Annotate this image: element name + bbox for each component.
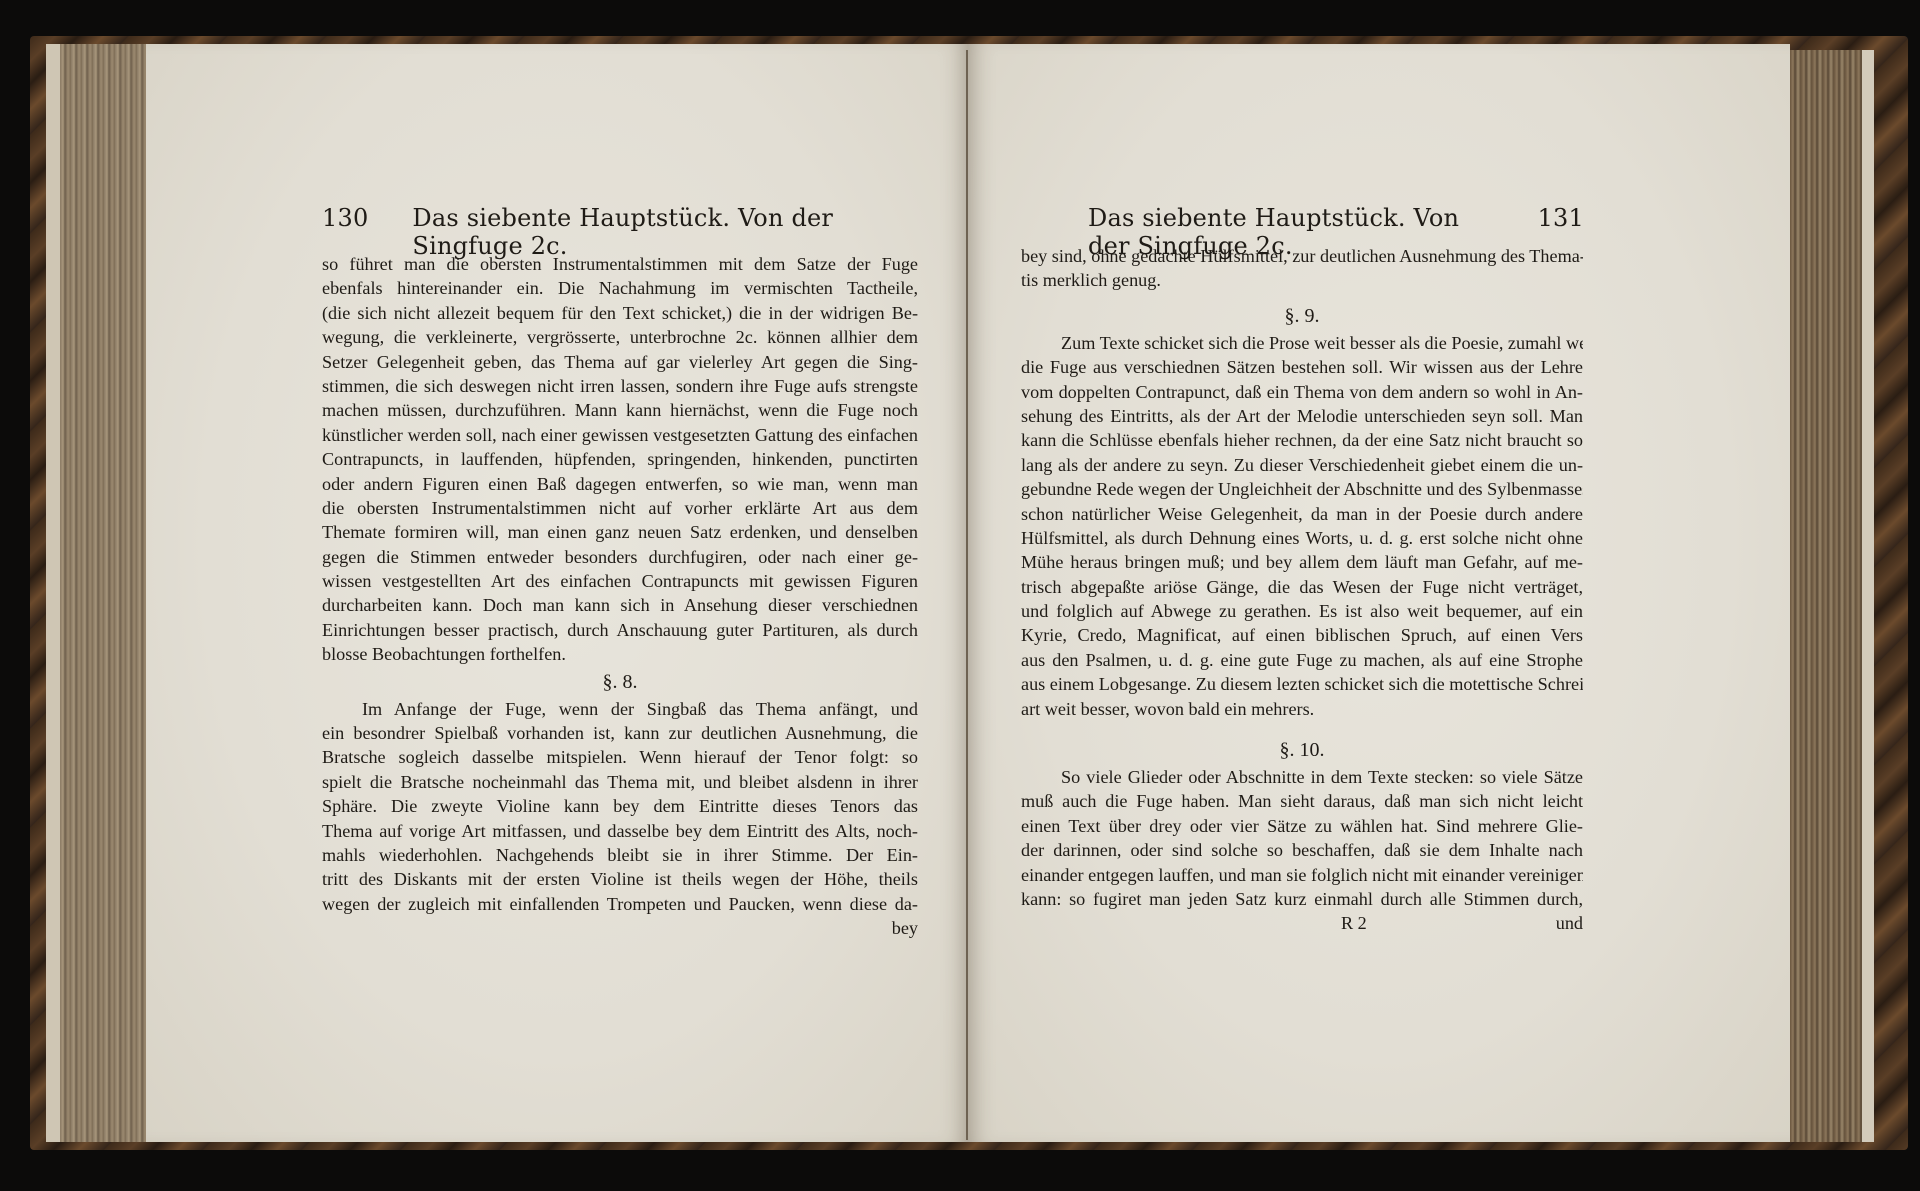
left-page: 130 Das siebente Hauptstück. Von der Sin… xyxy=(146,44,968,1142)
text-line: Einrichtungen besser practisch, durch An… xyxy=(322,618,918,642)
text-line: Sphäre. Die zweyte Violine kann bey dem … xyxy=(322,794,918,818)
text-line: lang als der andere zu seyn. Zu dieser V… xyxy=(1021,453,1583,477)
text-line: Bratsche sogleich dasselbe mitspielen. W… xyxy=(322,745,918,769)
right-body-text: bey sind, ohne gedachte Hülfsmittel, zur… xyxy=(1021,244,1583,937)
text-line: gebundne Rede wegen der Ungleichheit der… xyxy=(1021,477,1583,501)
text-line: gegen die Stimmen entweder besonders dur… xyxy=(322,545,918,569)
text-line: tritt des Diskants mit der ersten Violin… xyxy=(322,867,918,891)
text-line: Thema auf vorige Art mitfassen, und dass… xyxy=(322,819,918,843)
text-line: schon natürlicher Weise Gelegenheit, da … xyxy=(1021,502,1583,526)
text-line: wissen vestgestellten Art des einfachen … xyxy=(322,569,918,593)
text-line: Kyrie, Credo, Magnificat, auf einen bibl… xyxy=(1021,623,1583,647)
text-line: und folglich auf Abwege zu gerathen. Es … xyxy=(1021,599,1583,623)
text-line: die obersten Instrumentalstimmen nicht a… xyxy=(322,496,918,520)
text-line: ebenfals hintereinander ein. Die Nachahm… xyxy=(322,276,918,300)
section-heading-10: §. 10. xyxy=(1021,735,1583,765)
right-running-head: Das siebente Hauptstück. Von der Singfug… xyxy=(1088,204,1584,238)
text-line: künstlicher werden soll, nach einer gewi… xyxy=(322,423,918,447)
text-line: einen Text über drey oder vier Sätze zu … xyxy=(1021,814,1583,838)
section-heading-8: §. 8. xyxy=(322,667,918,697)
text-line: stimmen, die sich deswegen nicht irren l… xyxy=(322,374,918,398)
text-line: kann: so fugiret man jeden Satz kurz ein… xyxy=(1021,887,1583,911)
text-line: Hülfsmittel, als durch Dehnung eines Wor… xyxy=(1021,526,1583,550)
text-line: so führet man die obersten Instrumentals… xyxy=(322,252,918,276)
text-line: Setzer Gelegenheit geben, das Thema auf … xyxy=(322,350,918,374)
text-line: bey sind, ohne gedachte Hülfsmittel, zur… xyxy=(1021,244,1583,268)
text-line: blosse Beobachtungen forthelfen. xyxy=(322,642,918,666)
text-line: die Fuge aus verschiednen Sätzen bestehe… xyxy=(1021,355,1583,379)
text-line: einander entgegen lauffen, und man sie f… xyxy=(1021,863,1583,887)
right-page-number: 131 xyxy=(1538,204,1584,232)
text-line: tis merklich genug. xyxy=(1021,268,1583,292)
text-line: aus einem Lobgesange. Zu diesem lezten s… xyxy=(1021,672,1583,696)
text-line: So viele Glieder oder Abschnitte in dem … xyxy=(1021,765,1583,789)
text-line: vom doppelten Contrapunct, daß ein Thema… xyxy=(1021,380,1583,404)
text-line: Contrapuncts, in lauffenden, hüpfenden, … xyxy=(322,447,918,471)
text-line: spielt die Bratsche nocheinmahl das Them… xyxy=(322,770,918,794)
text-line: Im Anfange der Fuge, wenn der Singbaß da… xyxy=(322,697,918,721)
left-fore-edge xyxy=(46,44,160,1142)
text-line: mahls wiederhohlen. Nachgehends bleibt s… xyxy=(322,843,918,867)
text-line: art weit besser, wovon bald ein mehrers. xyxy=(1021,697,1583,721)
catchword: und xyxy=(1556,911,1583,937)
page-footer: R 2 und xyxy=(1021,911,1583,937)
text-line: der darinnen, oder sind solche so bescha… xyxy=(1021,838,1583,862)
left-running-head: 130 Das siebente Hauptstück. Von der Sin… xyxy=(322,204,862,238)
text-line: oder andern Figuren einen Baß dagegen en… xyxy=(322,472,918,496)
text-line: aus den Psalmen, u. d. g. eine gute Fuge… xyxy=(1021,648,1583,672)
text-line: (die sich nicht allezeit bequem für den … xyxy=(322,301,918,325)
text-line: wegung, die verkleinerte, vergrösserte, … xyxy=(322,325,918,349)
text-line: wegen der zugleich mit einfallenden Trom… xyxy=(322,892,918,916)
text-line: Mühe heraus bringen muß; und bey allem d… xyxy=(1021,550,1583,574)
text-line: durcharbeiten kann. Doch man kann sich i… xyxy=(322,593,918,617)
text-line: machen müssen, durchzuführen. Mann kann … xyxy=(322,398,918,422)
text-line: Zum Texte schicket sich die Prose weit b… xyxy=(1021,331,1583,355)
left-body-text: so führet man die obersten Instrumentals… xyxy=(322,252,918,941)
signature-mark: R 2 xyxy=(1341,911,1367,937)
right-page: Das siebente Hauptstück. Von der Singfug… xyxy=(968,44,1790,1142)
text-line: Themate formiren will, man einen ganz ne… xyxy=(322,520,918,544)
section-heading-9: §. 9. xyxy=(1021,301,1583,331)
right-fore-edge xyxy=(1790,50,1874,1142)
open-book: 130 Das siebente Hauptstück. Von der Sin… xyxy=(0,0,1920,1191)
text-line: kann die Schlüsse ebenfals hieher rechne… xyxy=(1021,428,1583,452)
text-line: muß auch die Fuge haben. Man sieht darau… xyxy=(1021,789,1583,813)
text-line: sehung des Eintritts, als der Art der Me… xyxy=(1021,404,1583,428)
text-line: ein besondrer Spielbaß vorhanden ist, ka… xyxy=(322,721,918,745)
catchword: bey xyxy=(322,916,918,940)
text-line: trisch abgepaßte ariöse Gänge, die das W… xyxy=(1021,575,1583,599)
left-page-number: 130 xyxy=(322,204,368,232)
